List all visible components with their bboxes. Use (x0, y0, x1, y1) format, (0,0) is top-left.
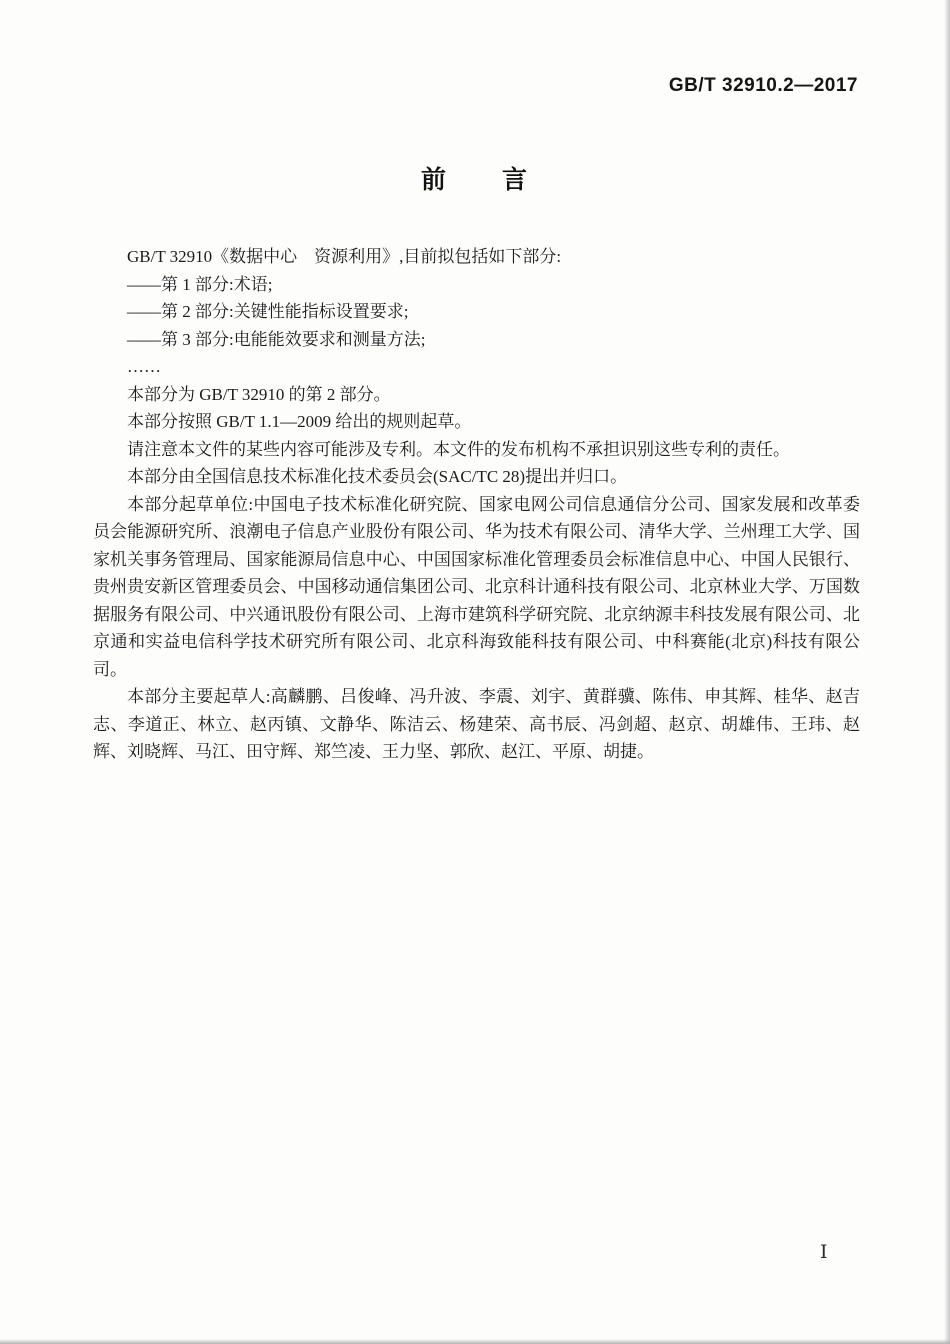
paragraph-drafting-rules: 本部分按照 GB/T 1.1—2009 给出的规则起草。 (93, 408, 860, 436)
scanned-standard-page: GB/T 32910.2—2017 前 言 GB/T 32910《数据中心 资源… (0, 0, 950, 1344)
list-item-part-2: ——第 2 部分:关键性能指标设置要求; (93, 298, 860, 326)
foreword-title: 前 言 (0, 160, 950, 196)
paragraph-drafting-organizations: 本部分起草单位:中国电子技术标准化研究院、国家电网公司信息通信分公司、国家发展和… (93, 491, 860, 684)
standard-code-header: GB/T 32910.2—2017 (669, 75, 858, 97)
paragraph-patent-notice: 请注意本文件的某些内容可能涉及专利。本文件的发布机构不承担识别这些专利的责任。 (93, 436, 860, 464)
paragraph-committee: 本部分由全国信息技术标准化技术委员会(SAC/TC 28)提出并归口。 (93, 463, 860, 491)
foreword-body: GB/T 32910《数据中心 资源利用》,目前拟包括如下部分: ——第 1 部… (93, 243, 860, 766)
paragraph-part-number: 本部分为 GB/T 32910 的第 2 部分。 (93, 381, 860, 409)
list-item-ellipsis: …… (93, 353, 860, 381)
scan-edge-bottom (0, 1339, 950, 1344)
paragraph-chief-drafters: 本部分主要起草人:高麟鹏、吕俊峰、冯升波、李震、刘宇、黄群骥、陈伟、申其辉、桂华… (93, 683, 860, 766)
paragraph-series-intro: GB/T 32910《数据中心 资源利用》,目前拟包括如下部分: (93, 243, 860, 271)
scan-edge-right (944, 0, 950, 1344)
list-item-part-3: ——第 3 部分:电能能效要求和测量方法; (93, 326, 860, 354)
page-number: Ⅰ (820, 1241, 828, 1264)
list-item-part-1: ——第 1 部分:术语; (93, 271, 860, 299)
